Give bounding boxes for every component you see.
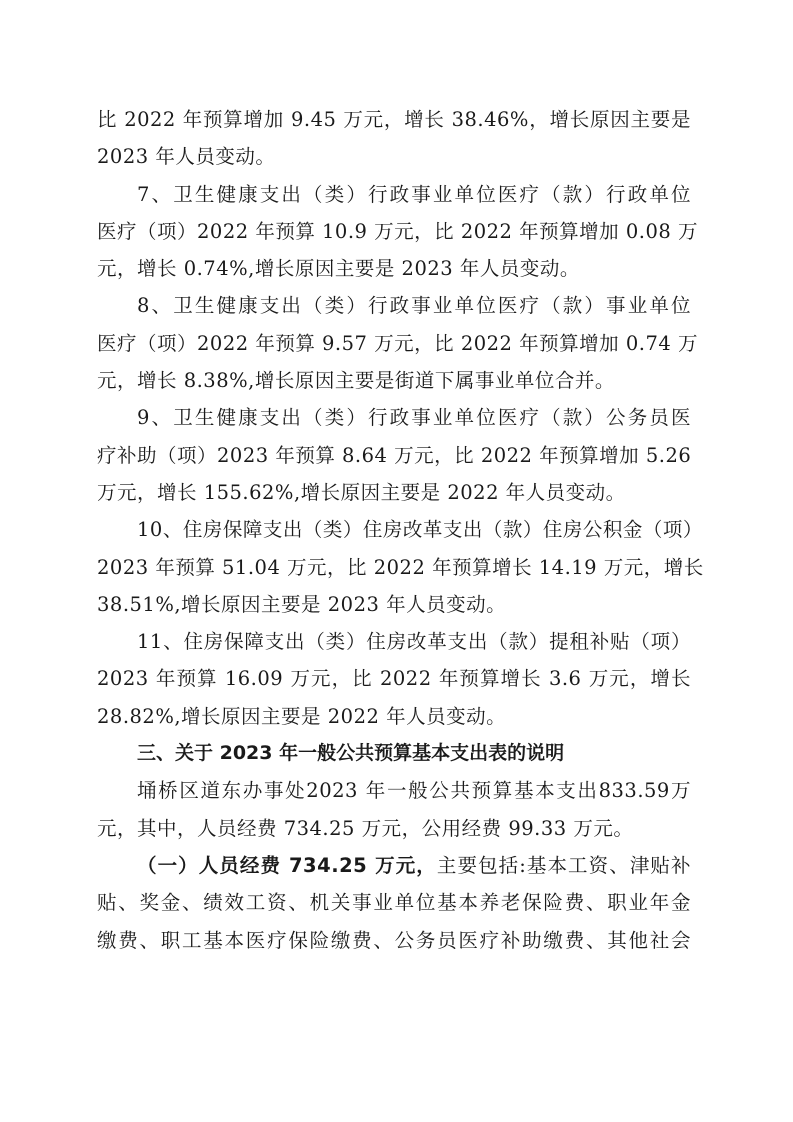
text-line: 8、卫生健康支出（类）行政事业单位医疗（款）事业单位 bbox=[97, 287, 691, 324]
personnel-expenses-paragraph: （一）人员经费 734.25 万元，主要包括:基本工资、津贴补 贴、奖金、绩效工… bbox=[97, 847, 691, 959]
paragraph-item-8: 8、卫生健康支出（类）行政事业单位医疗（款）事业单位 医疗（项）2022 年预算… bbox=[97, 287, 691, 399]
text-line: 2023 年预算 51.04 万元，比 2022 年预算增长 14.19 万元，… bbox=[97, 549, 691, 586]
text-line: 2023 年预算 16.09 万元，比 2022 年预算增长 3.6 万元，增长 bbox=[97, 660, 691, 697]
section-heading: 三、关于 2023 年一般公共预算基本支出表的说明 bbox=[97, 735, 691, 772]
text-line: 医疗（项）2022 年预算 10.9 万元，比 2022 年预算增加 0.08 … bbox=[97, 213, 691, 250]
text-line: 28.82%,增长原因主要是 2022 年人员变动。 bbox=[97, 698, 691, 735]
text-line: 比 2022 年预算增加 9.45 万元，增长 38.46%，增长原因主要是 bbox=[97, 101, 691, 138]
text-line: 贴、奖金、绩效工资、机关事业单位基本养老保险费、职业年金 bbox=[97, 884, 691, 921]
paragraph-item-11: 11、住房保障支出（类）住房改革支出（款）提租补贴（项） 2023 年预算 16… bbox=[97, 623, 691, 735]
personnel-expenses-text: 主要包括:基本工资、津贴补 bbox=[437, 854, 691, 877]
text-line: 2023 年人员变动。 bbox=[97, 138, 691, 175]
text-line: 万元，增长 155.62%,增长原因主要是 2022 年人员变动。 bbox=[97, 474, 691, 511]
text-line: 11、住房保障支出（类）住房改革支出（款）提租补贴（项） bbox=[97, 623, 691, 660]
text-line: 10、住房保障支出（类）住房改革支出（款）住房公积金（项） bbox=[97, 511, 691, 548]
text-line: 7、卫生健康支出（类）行政事业单位医疗（款）行政单位 bbox=[97, 176, 691, 213]
personnel-expenses-lead: （一）人员经费 734.25 万元， bbox=[137, 854, 437, 877]
paragraph-item-9: 9、卫生健康支出（类）行政事业单位医疗（款）公务员医 疗补助（项）2023 年预… bbox=[97, 399, 691, 511]
summary-paragraph: 埇桥区道东办事处2023 年一般公共预算基本支出833.59万 元，其中，人员经… bbox=[97, 772, 691, 847]
paragraph-item-7: 7、卫生健康支出（类）行政事业单位医疗（款）行政单位 医疗（项）2022 年预算… bbox=[97, 176, 691, 288]
text-line: 元，增长 8.38%,增长原因主要是街道下属事业单位合并。 bbox=[97, 362, 691, 399]
text-line: 缴费、职工基本医疗保险缴费、公务员医疗补助缴费、其他社会 bbox=[97, 922, 691, 959]
text-line: 医疗（项）2022 年预算 9.57 万元，比 2022 年预算增加 0.74 … bbox=[97, 325, 691, 362]
paragraph-item-10: 10、住房保障支出（类）住房改革支出（款）住房公积金（项） 2023 年预算 5… bbox=[97, 511, 691, 623]
text-line: （一）人员经费 734.25 万元，主要包括:基本工资、津贴补 bbox=[97, 847, 691, 884]
text-line: 疗补助（项）2023 年预算 8.64 万元，比 2022 年预算增加 5.26 bbox=[97, 437, 691, 474]
text-line: 38.51%,增长原因主要是 2023 年人员变动。 bbox=[97, 586, 691, 623]
text-line: 埇桥区道东办事处2023 年一般公共预算基本支出833.59万 bbox=[97, 772, 691, 809]
text-line: 9、卫生健康支出（类）行政事业单位医疗（款）公务员医 bbox=[97, 399, 691, 436]
text-line: 元，其中，人员经费 734.25 万元，公用经费 99.33 万元。 bbox=[97, 810, 691, 847]
paragraph-item-6-continuation: 比 2022 年预算增加 9.45 万元，增长 38.46%，增长原因主要是 2… bbox=[97, 101, 691, 176]
document-page: 比 2022 年预算增加 9.45 万元，增长 38.46%，增长原因主要是 2… bbox=[97, 101, 691, 959]
text-line: 元，增长 0.74%,增长原因主要是 2023 年人员变动。 bbox=[97, 250, 691, 287]
